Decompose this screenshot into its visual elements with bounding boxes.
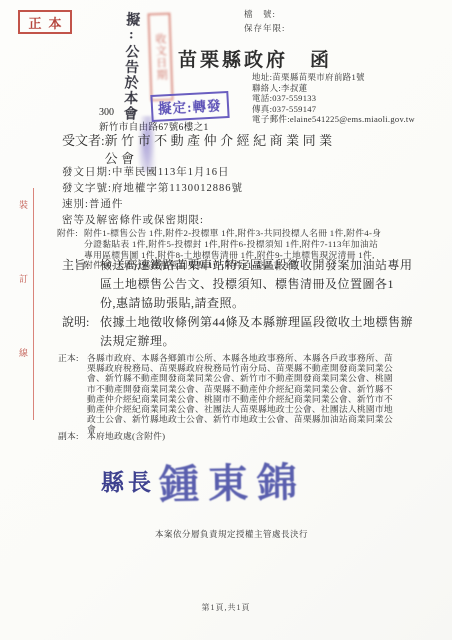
file-number-label: 檔 號: bbox=[244, 8, 285, 22]
signature-block: 縣長 鍾東錦 bbox=[101, 452, 306, 509]
receipt-stamp-text: 收文日期 bbox=[152, 33, 170, 82]
recipient-zip: 300 bbox=[99, 107, 114, 118]
secrecy-line: 密等及解密條件或保密期限: bbox=[62, 213, 243, 229]
copy-recipients-row: 副本: 本府地政處(含附件) bbox=[58, 431, 165, 441]
attachments-label: 附件: bbox=[57, 228, 84, 239]
issue-date-line: 發文日期:中華民國113年1月16日 bbox=[62, 165, 243, 181]
delivery-speed-line: 速別:普通件 bbox=[62, 197, 243, 213]
delegation-note: 本案依分層負責規定授權主管處長決行 bbox=[155, 528, 308, 540]
binding-mark-xian: 線 bbox=[19, 346, 28, 359]
original-recipients-row: 正本: 各縣市政府、本縣各鄉鎮市公所、本縣各地政事務所、本縣各戶政事務所、苗 栗… bbox=[58, 353, 441, 435]
binding-mark-ding: 訂 bbox=[19, 272, 28, 285]
original-recipients-list: 各縣市政府、本縣各鄉鎮市公所、本縣各地政事務所、本縣各戶政事務所、苗 栗縣政府稅… bbox=[87, 353, 441, 435]
copy-type-label: 正本 bbox=[21, 13, 68, 32]
copy-recipients-label: 副本: bbox=[58, 431, 87, 441]
sender-contact-block: 地址:苗栗縣苗栗市府前路1號 聯絡人:李叔蓮 電話:037-559133 傳真:… bbox=[252, 72, 415, 125]
handwritten-annotation: 擬:公告於本會 bbox=[119, 12, 142, 124]
archive-fields: 檔 號: 保存年限: bbox=[244, 8, 285, 35]
contact-fax: 傳真:037-559147 bbox=[252, 104, 415, 115]
letter-body: 主旨: 檢送高速鐵路苗栗車站特定區區段徵收開發案加油站專用 區土地標售公告文、投… bbox=[62, 256, 424, 351]
sender-address: 地址:苗栗縣苗栗市府前路1號 bbox=[252, 72, 415, 83]
recipient-label: 受文者: bbox=[62, 132, 105, 150]
scanned-official-letter: 正本 檔 號: 保存年限: 擬:公告於本會 收文日期 苗栗縣政府 函 地址:苗栗… bbox=[0, 0, 452, 640]
document-meta: 發文日期:中華民國113年1月16日 發文字號:府地權字第1130012886號… bbox=[62, 165, 243, 229]
copy-recipients-list: 本府地政處(含附件) bbox=[87, 431, 165, 441]
copy-type-stamp: 正本 bbox=[18, 10, 72, 34]
document-title: 苗栗縣政府 函 bbox=[178, 45, 332, 72]
binding-mark-zhuang: 裝 bbox=[19, 198, 28, 211]
document-number-line: 發文字號:府地權字第1130012886號 bbox=[62, 181, 243, 197]
contact-phone: 電話:037-559133 bbox=[252, 93, 415, 104]
approval-stamp: 擬定:轉發 bbox=[150, 91, 229, 122]
original-recipients-label: 正本: bbox=[58, 353, 87, 363]
contact-person: 聯絡人:李叔蓮 bbox=[252, 83, 415, 94]
subject-row: 主旨: 檢送高速鐵路苗栗車站特定區區段徵收開發案加油站專用 區土地標售公告文、投… bbox=[62, 256, 424, 313]
subject-text: 檢送高速鐵路苗栗車站特定區區段徵收開發案加油站專用 區土地標售公告文、投標須知、… bbox=[100, 256, 424, 313]
description-text: 依據土地徵收條例第44條及本縣辦理區段徵收土地標售辦 法規定辦理。 bbox=[100, 313, 424, 351]
signer-name: 鍾東錦 bbox=[159, 451, 307, 511]
description-label: 說明: bbox=[62, 313, 100, 332]
subject-label: 主旨: bbox=[62, 256, 100, 275]
recipient-row: 受文者: 新竹市不動產仲介經紀商業同業 公會 bbox=[62, 132, 365, 167]
description-row: 說明: 依據土地徵收條例第44條及本縣辦理區段徵收土地標售辦 法規定辦理。 bbox=[62, 313, 424, 351]
signer-title: 縣長 bbox=[101, 464, 155, 497]
page-indicator: 第1頁,共1頁 bbox=[0, 602, 452, 613]
receipt-stamp: 收文日期 bbox=[147, 13, 173, 102]
retention-period-label: 保存年限: bbox=[244, 22, 285, 36]
recipient-name: 新竹市不動產仲介經紀商業同業 公會 bbox=[105, 132, 365, 167]
contact-email: 電子郵件:elaine541225@ems.miaoli.gov.tw bbox=[252, 114, 415, 125]
binding-line bbox=[33, 188, 34, 420]
